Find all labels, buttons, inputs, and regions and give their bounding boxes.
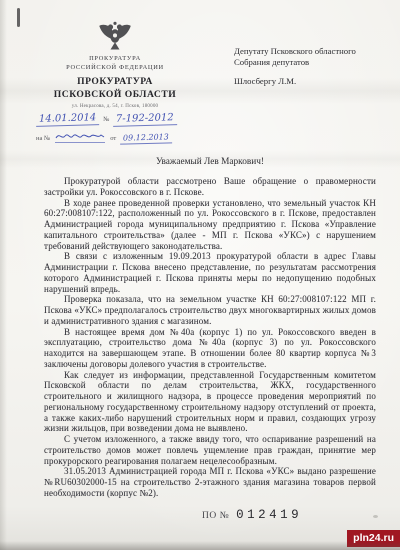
org-line-big-2: ПСКОВСКОЙ ОБЛАСТИ — [34, 89, 196, 102]
addressee-block: Депутату Псковского областного Собрания … — [234, 46, 386, 87]
addressee-name: Шлосбергу Л.М. — [234, 76, 386, 87]
addressee-line-2: Собрания депутатов — [234, 57, 386, 68]
scan-speck — [373, 515, 378, 518]
org-line-small-1: ПРОКУРАТУРА — [34, 54, 196, 63]
coat-of-arms-eagle-icon — [97, 20, 133, 52]
form-number-stamp: ПО № 012419 — [202, 505, 302, 523]
addressee-line-1: Депутату Псковского областного — [234, 46, 386, 57]
stamp-number: 012419 — [236, 508, 302, 522]
ref-prefix: на № — [36, 135, 50, 142]
letterhead: ПРОКУРАТУРА РОССИЙСКОЙ ФЕДЕРАЦИИ ПРОКУРА… — [34, 20, 196, 109]
org-line-big-1: ПРОКУРАТУРА — [34, 76, 196, 89]
body-paragraph: Проверка показала, что на земельном учас… — [44, 294, 376, 326]
handwritten-date-line: 14.01.2014 № 7-192-2012 — [36, 108, 216, 126]
scan-edge-shadow — [0, 0, 7, 550]
body-paragraph: Как следует из информации, представленно… — [44, 370, 376, 435]
reference-line: на № от 09.12.2013 — [36, 127, 226, 145]
org-line-small-2: РОССИЙСКОЙ ФЕДЕРАЦИИ — [34, 63, 196, 72]
stamp-prefix: ПО № — [202, 511, 229, 521]
salutation: Уважаемый Лев Маркович! — [44, 157, 376, 167]
handwritten-outgoing-number: 7-192-2012 — [113, 112, 177, 127]
body-paragraph: С учетом изложенного, а также ввиду того… — [44, 434, 376, 466]
scanned-letter-page: ПРОКУРАТУРА РОССИЙСКОЙ ФЕДЕРАЦИИ ПРОКУРА… — [0, 0, 400, 550]
handwritten-date: 14.01.2014 — [36, 112, 100, 127]
body-paragraph: В связи с изложенным 19.09.2013 прокурат… — [44, 251, 376, 294]
number-sign: № — [103, 116, 109, 123]
body-paragraph: 31.05.2013 Администрацией города МП г. П… — [44, 466, 376, 498]
body-paragraph: В ходе ранее проведенной проверки устано… — [44, 198, 376, 252]
scan-artifact-mark — [17, 8, 20, 27]
body-paragraphs: Прокуратурой области рассмотрено Ваше об… — [44, 176, 376, 499]
handwritten-ref-scribble — [55, 131, 105, 143]
scan-bottom-shadow — [0, 541, 400, 550]
body-paragraph: В настоящее время дом №40а (корпус 1) по… — [44, 327, 376, 370]
pln24-watermark: pln24.ru — [347, 530, 400, 547]
handwritten-ref-date: 09.12.2013 — [120, 132, 172, 144]
body-paragraph: Прокуратурой области рассмотрено Ваше об… — [44, 176, 376, 198]
ref-ot-label: от — [110, 135, 116, 142]
